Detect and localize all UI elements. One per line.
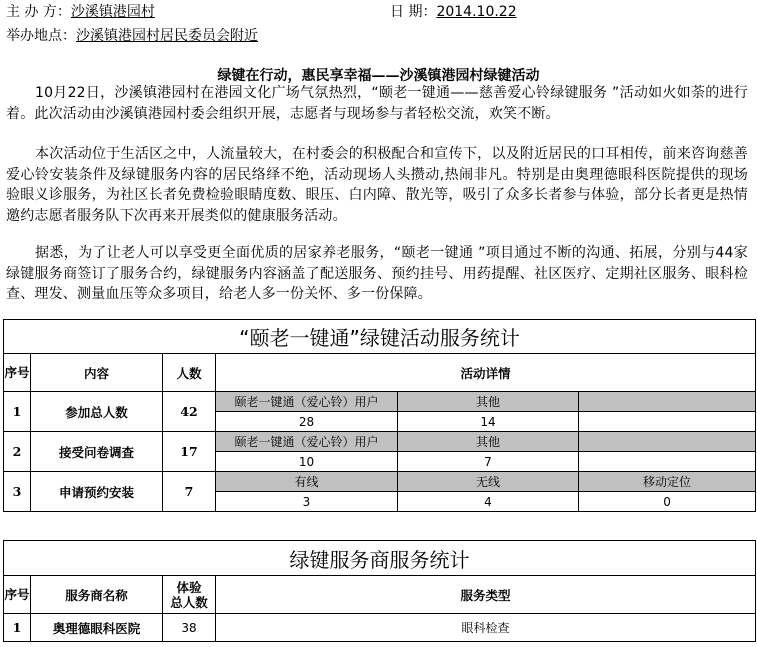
header-count: 人数 (163, 354, 216, 392)
detail-label: 其他 (398, 432, 579, 452)
table-title-row: “颐老一键通”绿键活动服务统计 (4, 320, 756, 354)
row-count: 42 (163, 392, 216, 432)
detail-label: 颐老一键通（爱心铃）用户 (216, 392, 398, 412)
detail-value: 0 (579, 492, 756, 512)
detail-value (579, 412, 756, 432)
detail-value: 3 (216, 492, 398, 512)
date-label: 日 期： (390, 4, 436, 20)
provider-table-title: 绿键服务商服务统计 (4, 541, 756, 576)
provider-stats-table: 绿键服务商服务统计 序号 服务商名称 体验 总人数 服务类型 1 奥理德眼科医院… (3, 540, 756, 642)
detail-label: 无线 (398, 472, 579, 492)
date-line: 日 期：2014.10.22 (390, 4, 517, 20)
detail-value: 7 (398, 452, 579, 472)
detail-value (579, 452, 756, 472)
table-row: 1 奥理德眼科医院 38 眼科检查 (4, 614, 756, 642)
organizer-line: 主 办 方：沙溪镇港园村 (6, 4, 155, 20)
article-paragraph-3: 据悉，为了让老人可以享受更全面优质的居家养老服务，“颐老一键通 ”项目通过不断的… (6, 243, 748, 305)
organizer-value: 沙溪镇港园村 (71, 4, 155, 20)
date-value: 2014.10.22 (436, 4, 516, 20)
organizer-label: 主 办 方： (6, 4, 71, 20)
venue-value: 沙溪镇港园村居民委员会附近 (76, 28, 258, 44)
row-count: 17 (163, 432, 216, 472)
row-seq: 3 (4, 472, 31, 512)
header-content: 内容 (31, 354, 163, 392)
detail-label: 移动定位 (579, 472, 756, 492)
article-paragraph-2: 本次活动位于生活区之中，人流量较大，在村委会的积极配合和宣传下，以及附近居民的口… (6, 144, 748, 226)
detail-label (579, 432, 756, 452)
header-experience-count: 体验 总人数 (163, 576, 216, 614)
detail-label (579, 392, 756, 412)
detail-value: 14 (398, 412, 579, 432)
row-content: 申请预约安装 (31, 472, 163, 512)
table-header-row: 序号 内容 人数 活动详情 (4, 354, 756, 392)
detail-label: 有线 (216, 472, 398, 492)
table-row: 3 申请预约安装 7 有线 无线 移动定位 (4, 472, 756, 492)
row-content: 参加总人数 (31, 392, 163, 432)
detail-label: 颐老一键通（爱心铃）用户 (216, 432, 398, 452)
detail-value: 28 (216, 412, 398, 432)
activity-stats-table: “颐老一键通”绿键活动服务统计 序号 内容 人数 活动详情 1 参加总人数 42… (3, 319, 756, 512)
row-service-type: 眼科检查 (216, 614, 756, 642)
table-header-row: 序号 服务商名称 体验 总人数 服务类型 (4, 576, 756, 614)
header-experience-count-line2: 总人数 (163, 595, 215, 610)
row-count: 7 (163, 472, 216, 512)
venue-line: 举办地点：沙溪镇港园村居民委员会附近 (6, 28, 258, 44)
row-seq: 1 (4, 614, 31, 642)
header-seq: 序号 (4, 354, 31, 392)
article-paragraph-1: 10月22日，沙溪镇港园村在港园文化广场气氛热烈，“颐老一键通——慈善爱心铃绿键… (6, 83, 748, 124)
row-content: 接受问卷调查 (31, 432, 163, 472)
header-seq: 序号 (4, 576, 31, 614)
row-seq: 2 (4, 432, 31, 472)
row-provider-name: 奥理德眼科医院 (31, 614, 163, 642)
detail-label: 其他 (398, 392, 579, 412)
header-service-type: 服务类型 (216, 576, 756, 614)
row-experience-count: 38 (163, 614, 216, 642)
header-details: 活动详情 (216, 354, 756, 392)
article-title: 绿键在行动，惠民享幸福——沙溪镇港园村绿键活动 (0, 65, 757, 85)
table-row: 1 参加总人数 42 颐老一键通（爱心铃）用户 其他 (4, 392, 756, 412)
activity-table-title: “颐老一键通”绿键活动服务统计 (4, 320, 756, 354)
table-row: 2 接受问卷调查 17 颐老一键通（爱心铃）用户 其他 (4, 432, 756, 452)
detail-value: 4 (398, 492, 579, 512)
row-seq: 1 (4, 392, 31, 432)
table-title-row: 绿键服务商服务统计 (4, 541, 756, 576)
detail-value: 10 (216, 452, 398, 472)
header-experience-count-line1: 体验 (163, 580, 215, 595)
header-provider-name: 服务商名称 (31, 576, 163, 614)
venue-label: 举办地点： (6, 28, 76, 44)
